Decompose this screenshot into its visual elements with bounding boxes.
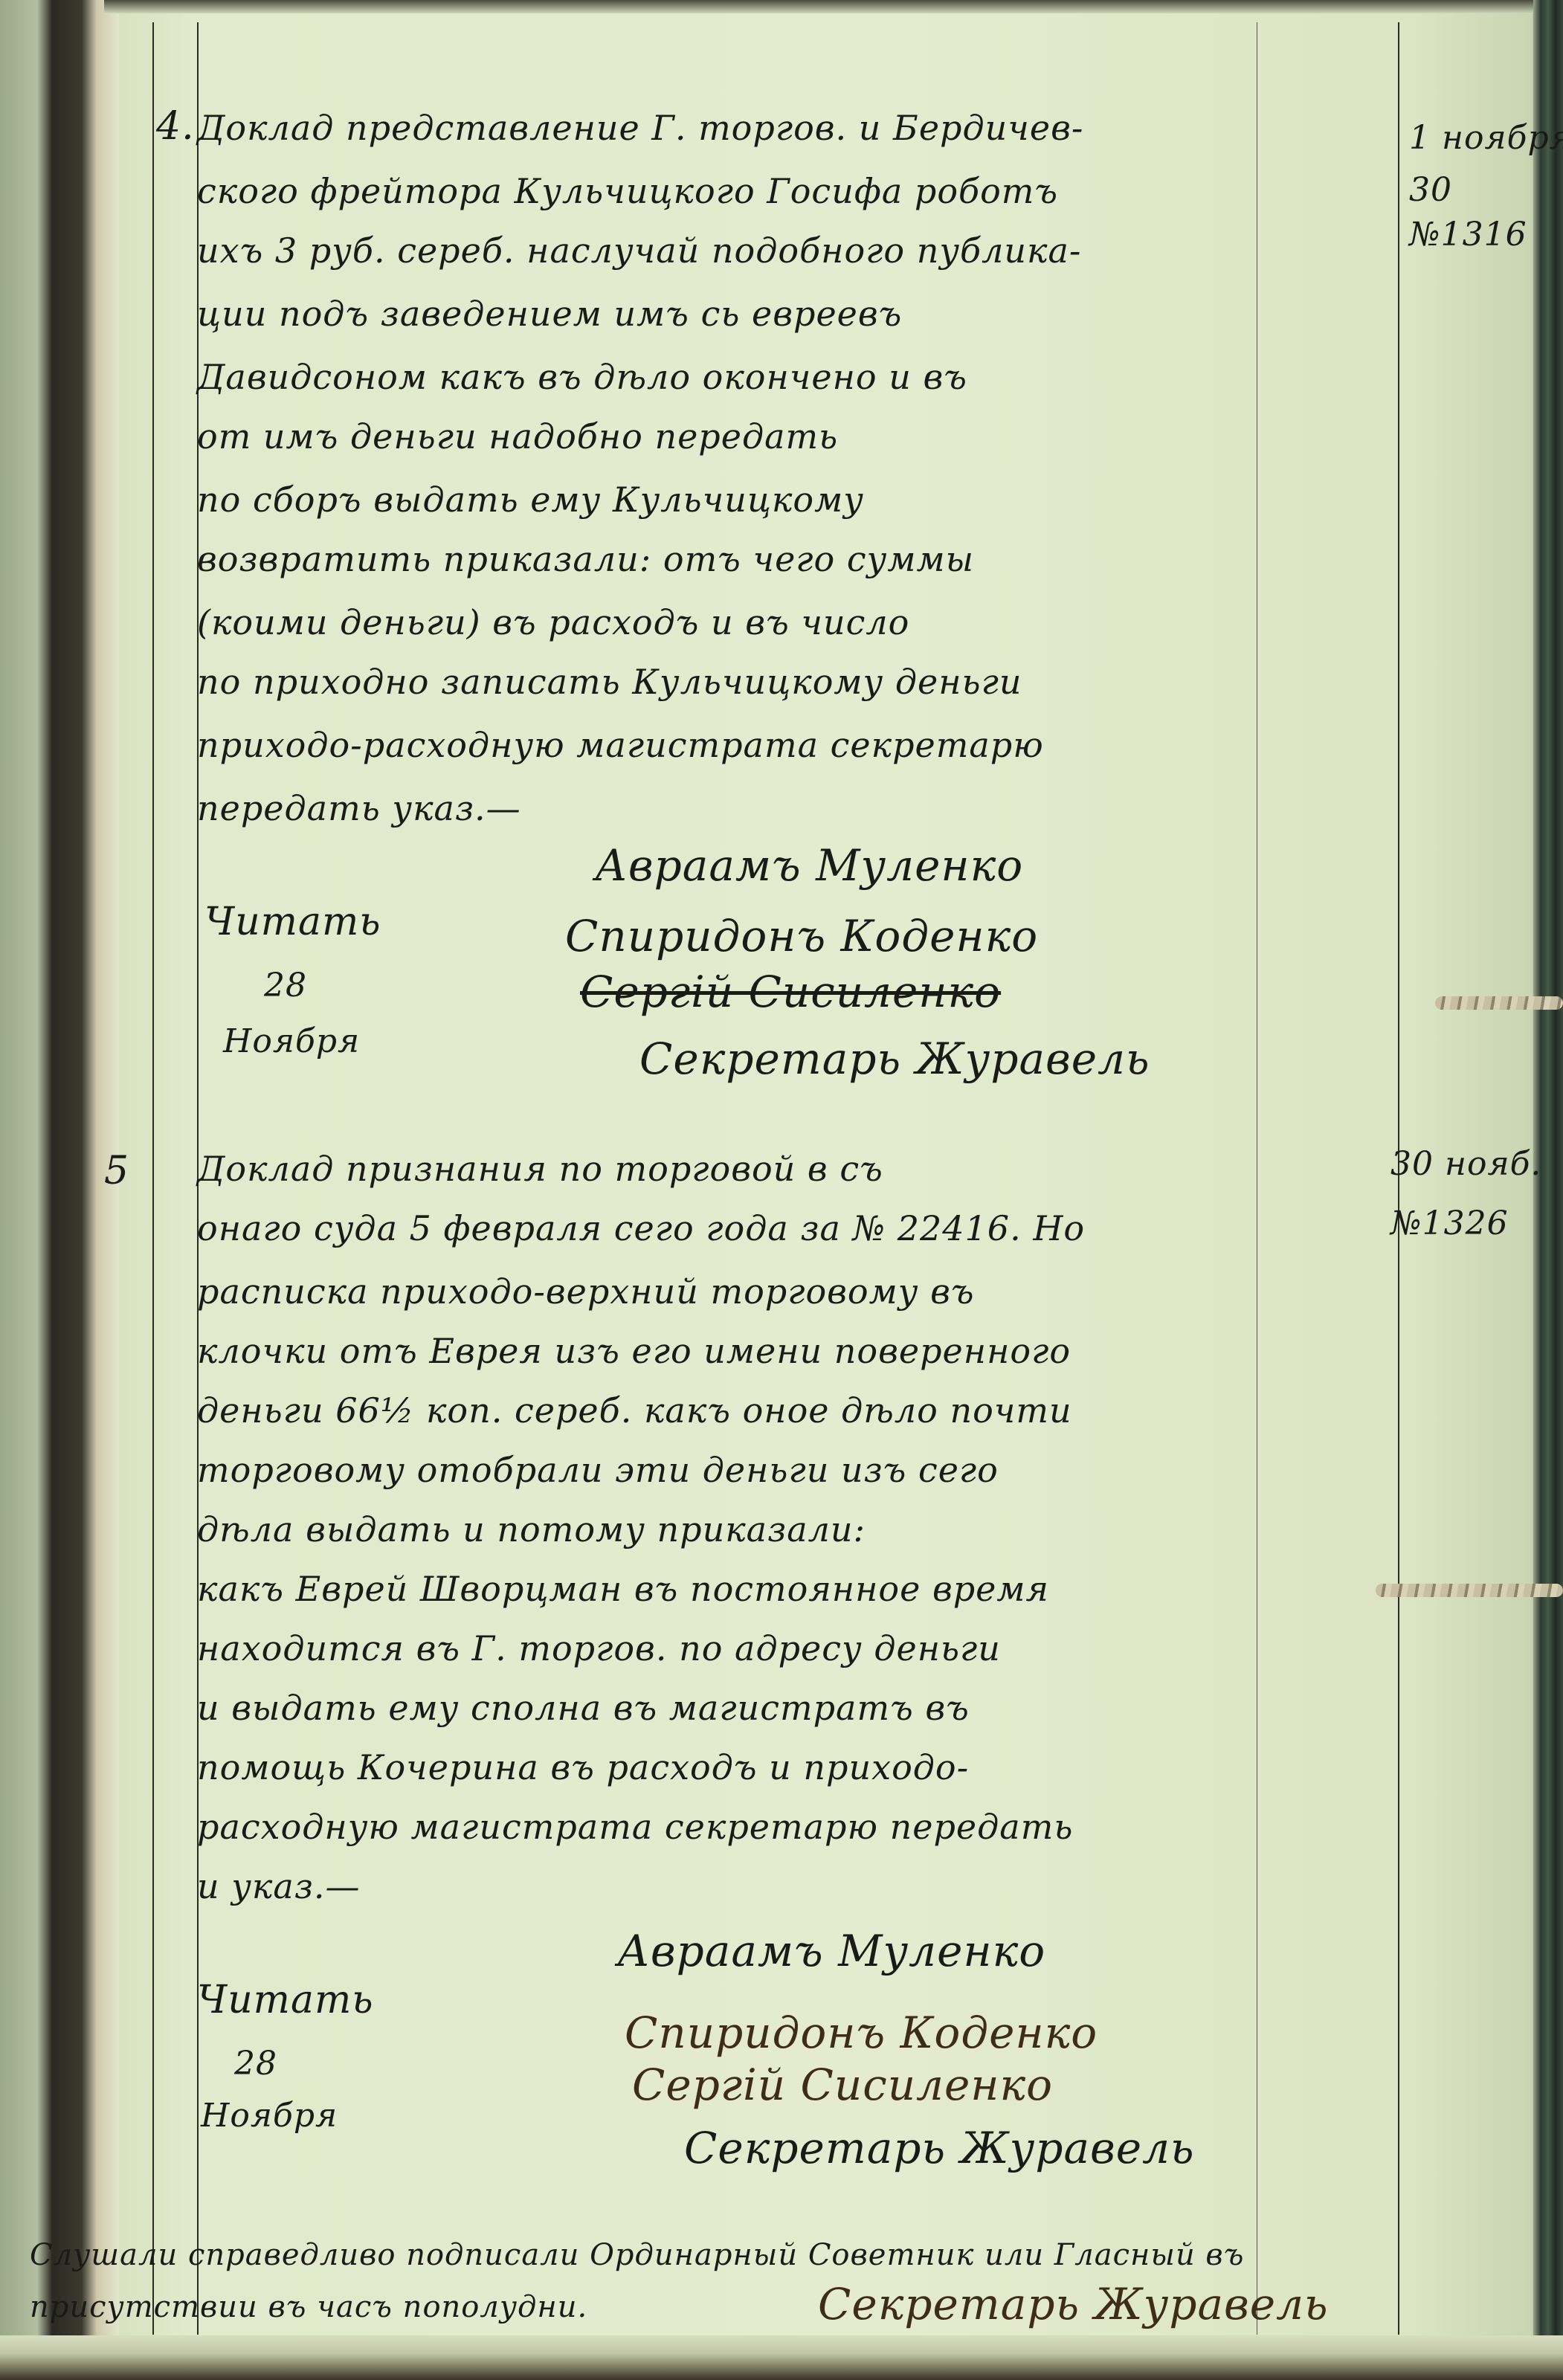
signature: Секретарь Журавель	[684, 2123, 1195, 2173]
signature: Спиридонъ Коденко	[565, 911, 1038, 961]
page-bottom-edge	[0, 2335, 1563, 2380]
footer-line: присутствии въ часъ пополудни.	[30, 2290, 587, 2324]
entry-line: помощь Кочерина въ расходъ и приходо-	[197, 1747, 969, 1787]
left-margin-month: Ноября	[223, 1022, 360, 1060]
entry-line: ции подъ заведением имъ сь евреевъ	[197, 294, 902, 334]
entry-line: приходо-расходную магистрата секретарю	[197, 725, 1044, 765]
right-margin-date: 30 нояб.	[1390, 1145, 1541, 1183]
signature: Сергій Сисиленко	[632, 2060, 1053, 2110]
right-margin-number: №1326	[1390, 1204, 1509, 1242]
entry-line: передать указ.—	[197, 788, 521, 828]
signature: Авраамъ Муленко	[617, 1926, 1045, 1976]
entry-line: и выдать ему сполна въ магистратъ въ	[197, 1688, 970, 1728]
left-margin-month: Ноября	[201, 2097, 338, 2135]
left-margin-day: 28	[234, 2045, 277, 2083]
footer-line: Слушали справедливо подписали Ординарный…	[30, 2238, 1244, 2272]
signature: Сергій Сисиленко	[580, 967, 1001, 1017]
binding-thread-top	[1435, 996, 1563, 1010]
entry-line: ского фрейтора Кульчицкого Госифа роботъ	[197, 171, 1058, 211]
entry-line: клочки отъ Еврея изъ его имени поверенно…	[197, 1331, 1071, 1371]
entry-line: и указ.—	[197, 1866, 361, 1906]
entry-line: от имъ деньги надобно передать	[197, 416, 838, 457]
signature: Спиридонъ Коденко	[625, 2007, 1098, 2058]
binding-thread-bottom	[1376, 1584, 1563, 1597]
page-top-edge	[104, 0, 1547, 13]
entry-line: по приходно записать Кульчицкому деньги	[197, 662, 1022, 702]
entry-line: расписка приходо-верхний торговому въ	[197, 1271, 975, 1312]
entry-line: онаго суда 5 февраля сего года за № 2241…	[197, 1208, 1085, 1248]
entry-line: (коими деньги) въ расходъ и въ число	[197, 602, 909, 642]
right-margin-day: 30	[1409, 171, 1452, 209]
entry-line: деньги 66½ коп. сереб. какъ оное дѣло по…	[197, 1390, 1072, 1431]
right-margin-date: 1 ноября	[1409, 119, 1563, 157]
left-margin-day: 28	[264, 967, 307, 1004]
left-margin-read: Читать	[204, 900, 381, 944]
entry-line: возвратить приказали: отъ чего суммы	[197, 539, 974, 579]
entry-line: какъ Еврей Шворцман въ постоянное время	[197, 1569, 1049, 1609]
margin-rule-left-outer	[152, 22, 154, 2335]
entry-number: 5	[104, 1149, 129, 1193]
left-margin-read: Читать	[197, 1978, 374, 2022]
signature: Секретарь Журавель	[639, 1033, 1150, 1084]
entry-line: Давидсоном какъ въ дѣло окончено и въ	[197, 357, 967, 397]
entry-line: Доклад представление Г. торгов. и Бердич…	[197, 108, 1083, 148]
entry-line: ихъ 3 руб. сереб. наслучай подобного пуб…	[197, 230, 1081, 271]
entry-line: торговому отобрали эти деньги изъ сего	[197, 1450, 999, 1490]
right-margin-number: №1316	[1409, 216, 1527, 254]
margin-rule-right	[1257, 22, 1257, 2335]
book-binding-left	[0, 0, 119, 2380]
book-binding-right	[1533, 0, 1563, 2380]
entry-line: по сборъ выдать ему Кульчицкому	[197, 480, 864, 520]
entry-number: 4.	[156, 104, 195, 149]
signature: Авраамъ Муленко	[595, 840, 1023, 891]
entry-line: дѣла выдать и потому приказали:	[197, 1509, 866, 1549]
footer-signature: Секретарь Журавель	[818, 2279, 1329, 2329]
document-page: 4. Доклад представление Г. торгов. и Бер…	[0, 0, 1563, 2380]
entry-line: находится въ Г. торгов. по адресу деньги	[197, 1628, 1001, 1668]
entry-line: расходную магистрата секретарю передать	[197, 1807, 1073, 1847]
entry-line: Доклад признания по торговой в съ	[197, 1149, 883, 1189]
